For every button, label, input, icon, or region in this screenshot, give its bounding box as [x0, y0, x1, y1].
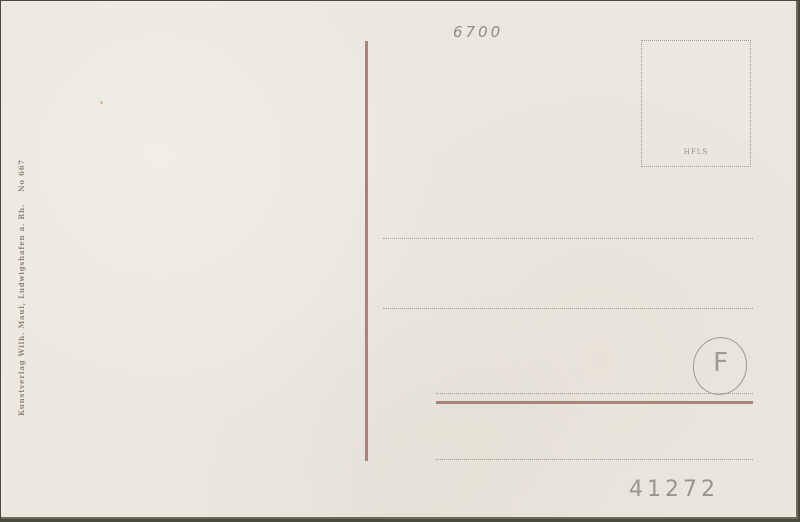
address-line-1: [383, 238, 753, 239]
address-line-solid: [436, 401, 753, 404]
address-line-4: [436, 459, 753, 460]
center-divider-line: [365, 41, 368, 461]
publisher-imprint: Kunstverlag Wilh. Maul, Ludwigshafen a. …: [17, 159, 26, 416]
stamp-box: HFLS: [641, 40, 751, 167]
address-line-2: [383, 308, 753, 309]
handwritten-inventory-number: 41272: [629, 477, 719, 502]
publisher-number: No 667: [17, 159, 26, 192]
postcard-back: Kunstverlag Wilh. Maul, Ludwigshafen a. …: [1, 1, 798, 519]
address-line-3: [436, 393, 753, 394]
circled-letter: F: [695, 348, 747, 378]
paper-speck: [100, 101, 103, 104]
stamp-box-label: HFLS: [642, 148, 750, 156]
handwritten-postcode: 6700: [453, 23, 503, 41]
circled-letter-mark: F: [688, 332, 753, 400]
publisher-name: Kunstverlag Wilh. Maul, Ludwigshafen a. …: [17, 204, 26, 416]
